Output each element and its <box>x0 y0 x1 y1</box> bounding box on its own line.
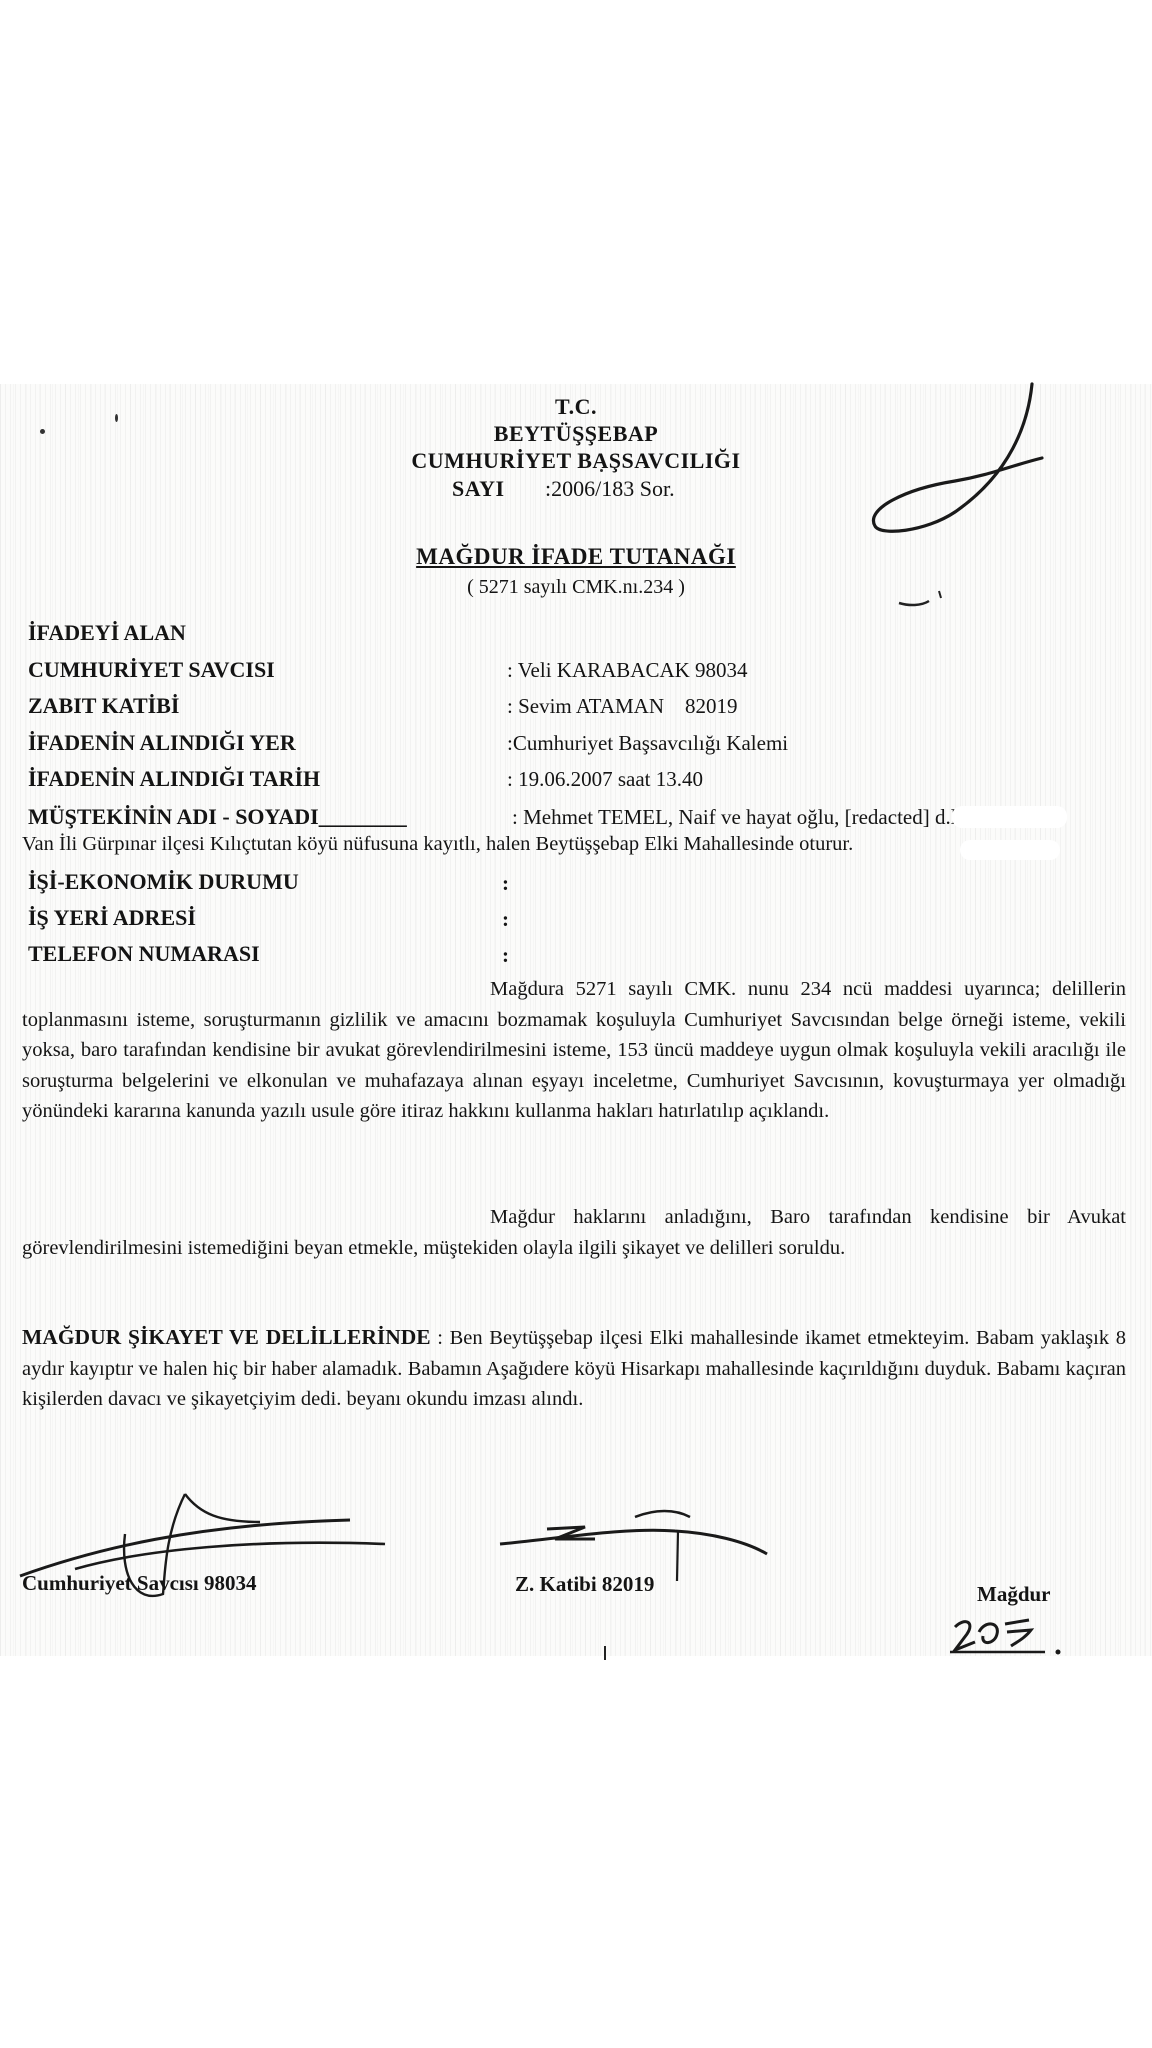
complainant-label: MÜŞTEKİNİN ADI - SOYADI________ <box>28 804 407 830</box>
sayi-value: :2006/183 Sor. <box>545 476 675 502</box>
scanned-document-page: T.C. BEYTÜŞŞEBAP CUMHURİYET BAŞSAVCILIĞI… <box>0 384 1152 1656</box>
header-district: BEYTÜŞŞEBAP <box>0 421 1152 447</box>
document-subtitle: ( 5271 sayılı CMK.nı.234 ) <box>0 576 1152 599</box>
field-label-work-address: İŞ YERİ ADRESİ <box>28 905 196 931</box>
field-value-phone: : <box>502 943 509 968</box>
field-value-economic-status: : <box>502 871 509 896</box>
rights-paragraph: Mağdura 5271 sayılı CMK. nunu 234 ncü ma… <box>22 974 1126 1127</box>
field-value-prosecutor: : Veli KARABACAK 98034 <box>507 658 748 683</box>
prosecutor-signature-icon <box>15 1494 395 1624</box>
document-title: MAĞDUR İFADE TUTANAĞI <box>0 544 1152 570</box>
field-label-statement-taker: İFADEYİ ALAN <box>28 620 186 646</box>
field-label-clerk: ZABIT KATİBİ <box>28 693 179 719</box>
field-value-date: : 19.06.2007 saat 13.40 <box>507 767 703 792</box>
field-value-work-address: : <box>502 907 509 932</box>
sayi-label: SAYI <box>452 476 505 502</box>
redaction-box <box>952 806 1067 828</box>
field-label-phone: TELEFON NUMARASI <box>28 941 260 967</box>
rights-paragraph-first: Mağdura 5271 sayılı CMK. nunu 234 ncü ma… <box>490 978 952 1000</box>
complainant-address: Van İli Gürpınar ilçesi Kılıçtutan köyü … <box>22 833 853 856</box>
redaction-box <box>960 840 1060 860</box>
field-value-clerk: : Sevim ATAMAN 82019 <box>507 694 738 719</box>
understood-paragraph: Mağdur haklarını anladığını, Baro tarafı… <box>22 1202 1126 1263</box>
field-label-place: İFADENİN ALINDIĞI YER <box>28 730 296 756</box>
complaint-label: MAĞDUR ŞİKAYET VE DELİLLERİNDE <box>22 1325 431 1349</box>
scan-speck <box>604 1646 606 1660</box>
complaint-paragraph: MAĞDUR ŞİKAYET VE DELİLLERİNDE : Ben Bey… <box>22 1322 1126 1415</box>
field-label-economic-status: İŞİ-EKONOMİK DURUMU <box>28 869 299 895</box>
complainant-value: : Mehmet TEMEL, Naif ve hayat oğlu, [red… <box>512 805 972 830</box>
field-value-place: :Cumhuriyet Başsavcılığı Kalemi <box>507 731 788 756</box>
victim-signature-icon <box>945 1612 1095 1657</box>
prosecutor-signature-label: Cumhuriyet Savcısı 98034 <box>22 1571 257 1596</box>
header-tc: T.C. <box>0 394 1152 420</box>
clerk-signature-label: Z. Katibi 82019 <box>515 1572 654 1597</box>
victim-signature-label: Mağdur <box>977 1582 1051 1607</box>
understood-paragraph-first: Mağdur haklarını anladığını, Baro tarafı… <box>490 1206 1050 1228</box>
field-label-prosecutor: CUMHURİYET SAVCISI <box>28 657 275 683</box>
field-label-date: İFADENİN ALINDIĞI TARİH <box>28 766 320 792</box>
header-office: CUMHURİYET BAŞSAVCILIĞI <box>0 448 1152 474</box>
